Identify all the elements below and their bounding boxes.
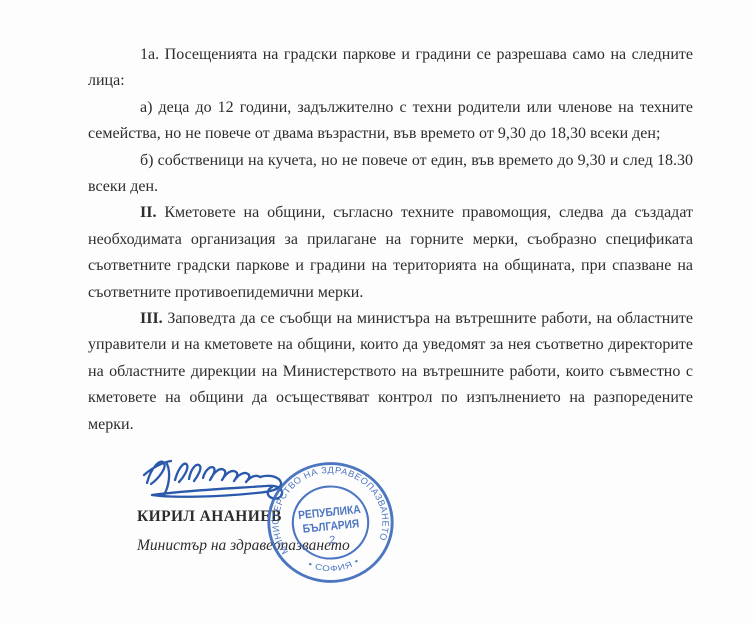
paragraph-text: Кметовете на общини, съгласно техните пр…	[88, 204, 693, 300]
paragraph-iii: III. Заповедта да се съобщи на министъра…	[88, 306, 693, 438]
paragraph-ii: II. Кметовете на общини, съгласно технит…	[88, 200, 693, 306]
paragraph-1a: 1а. Посещенията на градски паркове и гра…	[88, 42, 693, 95]
paragraph-lead: III.	[140, 310, 163, 327]
paragraph-a: а) деца до 12 години, задължително с тех…	[88, 95, 693, 148]
stamp-center-number: 2	[329, 534, 336, 546]
paragraph-b: б) собственици на кучета, но не повече о…	[88, 148, 693, 201]
paragraph-text: б) собственици на кучета, но не повече о…	[88, 152, 693, 195]
official-stamp: МИНИСТЕРСТВО НА ЗДРАВЕОПАЗВАНЕТО • СОФИЯ…	[262, 457, 399, 588]
paragraph-text: Заповедта да се съобщи на министъра на в…	[88, 310, 693, 433]
order-text-block: 1а. Посещенията на градски паркове и гра…	[88, 42, 693, 438]
signer-name: КИРИЛ АНАНИЕВ	[137, 508, 282, 526]
paragraph-text: 1а. Посещенията на градски паркове и гра…	[88, 46, 693, 89]
document-page: 1а. Посещенията на градски паркове и гра…	[0, 0, 753, 624]
paragraph-text: а) деца до 12 години, задължително с тех…	[88, 99, 693, 142]
paragraph-lead: II.	[140, 204, 156, 221]
